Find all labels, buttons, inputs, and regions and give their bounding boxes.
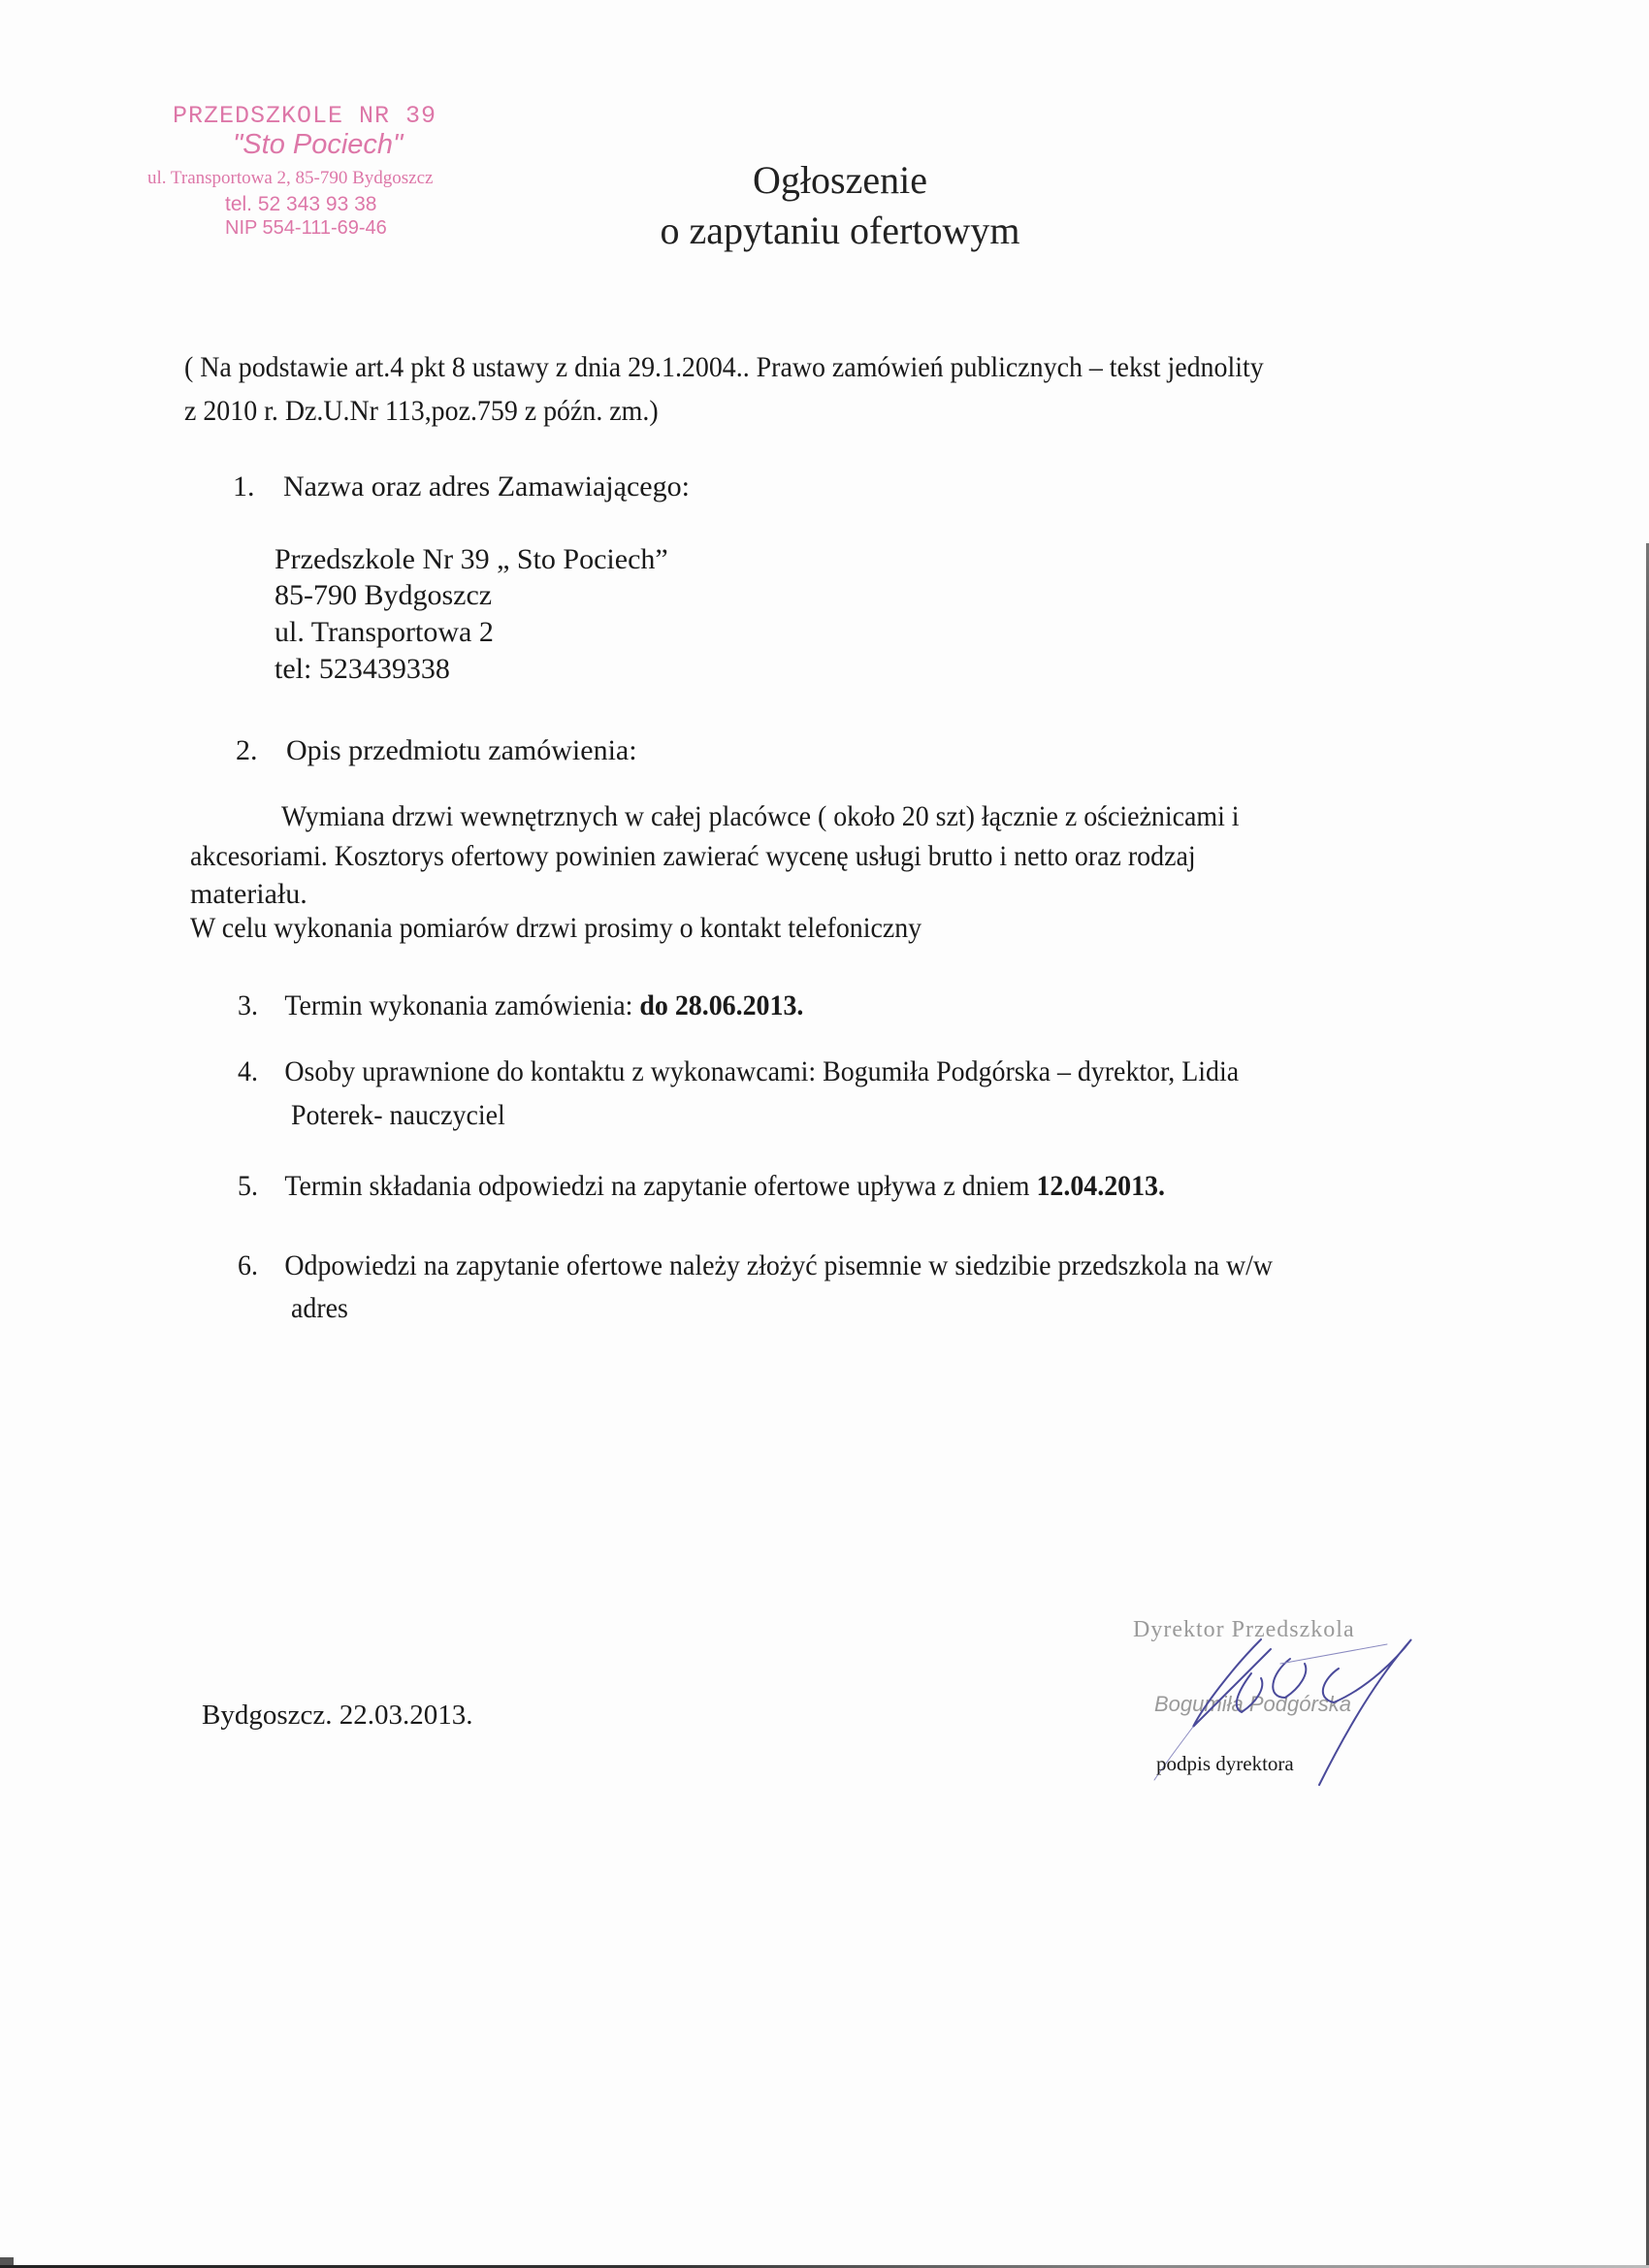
description-line: akcesoriami. Kosztorys ofertowy powinien… bbox=[190, 840, 1196, 873]
item-number: 4. bbox=[238, 1055, 284, 1088]
item-3: 3.Termin wykonania zamówienia: do 28.06.… bbox=[238, 989, 803, 1022]
item-number: 2. bbox=[236, 734, 286, 767]
submission-deadline: 12.04.2013. bbox=[1036, 1170, 1165, 1202]
item-text: Opis przedmiotu zamówienia: bbox=[286, 734, 637, 766]
address-line: 85-790 Bydgoszcz bbox=[275, 579, 492, 612]
stamp-address: ul. Transportowa 2, 85-790 Bydgoszcz bbox=[147, 168, 433, 189]
item-4-continuation: Poterek- nauczyciel bbox=[291, 1099, 505, 1132]
address-line: tel: 523439338 bbox=[275, 653, 450, 686]
legal-basis-line-1: ( Na podstawie art.4 pkt 8 ustawy z dnia… bbox=[184, 351, 1264, 384]
address-line: Przedszkole Nr 39 „ Sto Pociech” bbox=[275, 543, 668, 576]
stamp-subtitle: "Sto Pociech" bbox=[233, 129, 403, 161]
stamp-phone: tel. 52 343 93 38 bbox=[225, 193, 376, 216]
stamp-name: PRZEDSZKOLE NR 39 bbox=[173, 102, 436, 130]
item-text: Osoby uprawnione do kontaktu z wykonawca… bbox=[284, 1055, 1239, 1087]
document-title: Ogłoszenie bbox=[549, 157, 1131, 203]
item-6: 6.Odpowiedzi na zapytanie ofertowe należ… bbox=[238, 1249, 1273, 1282]
item-number: 6. bbox=[238, 1249, 284, 1282]
stamp-nip: NIP 554-111-69-46 bbox=[225, 217, 387, 240]
item-number: 3. bbox=[238, 989, 284, 1022]
item-5: 5.Termin składania odpowiedzi na zapytan… bbox=[238, 1170, 1165, 1203]
item-number: 5. bbox=[238, 1170, 284, 1203]
description-line: Wymiana drzwi wewnętrznych w całej placó… bbox=[281, 800, 1240, 833]
item-text: Nazwa oraz adres Zamawiającego: bbox=[283, 470, 690, 502]
document-subtitle: o zapytaniu ofertowym bbox=[549, 208, 1131, 253]
item-6-continuation: adres bbox=[291, 1292, 348, 1325]
item-1: 1.Nazwa oraz adres Zamawiającego: bbox=[233, 470, 690, 503]
place-date: Bydgoszcz. 22.03.2013. bbox=[202, 1700, 473, 1732]
description-line: W celu wykonania pomiarów drzwi prosimy … bbox=[190, 912, 921, 945]
item-number: 1. bbox=[233, 470, 283, 503]
scan-corner-mark bbox=[0, 2257, 14, 2265]
item-2: 2.Opis przedmiotu zamówienia: bbox=[236, 734, 637, 767]
completion-deadline: do 28.06.2013. bbox=[639, 989, 803, 1021]
address-line: ul. Transportowa 2 bbox=[275, 616, 494, 649]
signature-caption: podpis dyrektora bbox=[1156, 1752, 1294, 1776]
description-line: materiału. bbox=[190, 878, 307, 911]
legal-basis-line-2: z 2010 r. Dz.U.Nr 113,poz.759 z późn. zm… bbox=[184, 395, 659, 428]
item-text: Odpowiedzi na zapytanie ofertowe należy … bbox=[284, 1249, 1273, 1281]
item-text: Termin wykonania zamówienia: bbox=[284, 989, 639, 1021]
item-text: Termin składania odpowiedzi na zapytanie… bbox=[284, 1170, 1036, 1202]
item-4: 4.Osoby uprawnione do kontaktu z wykonaw… bbox=[238, 1055, 1239, 1088]
